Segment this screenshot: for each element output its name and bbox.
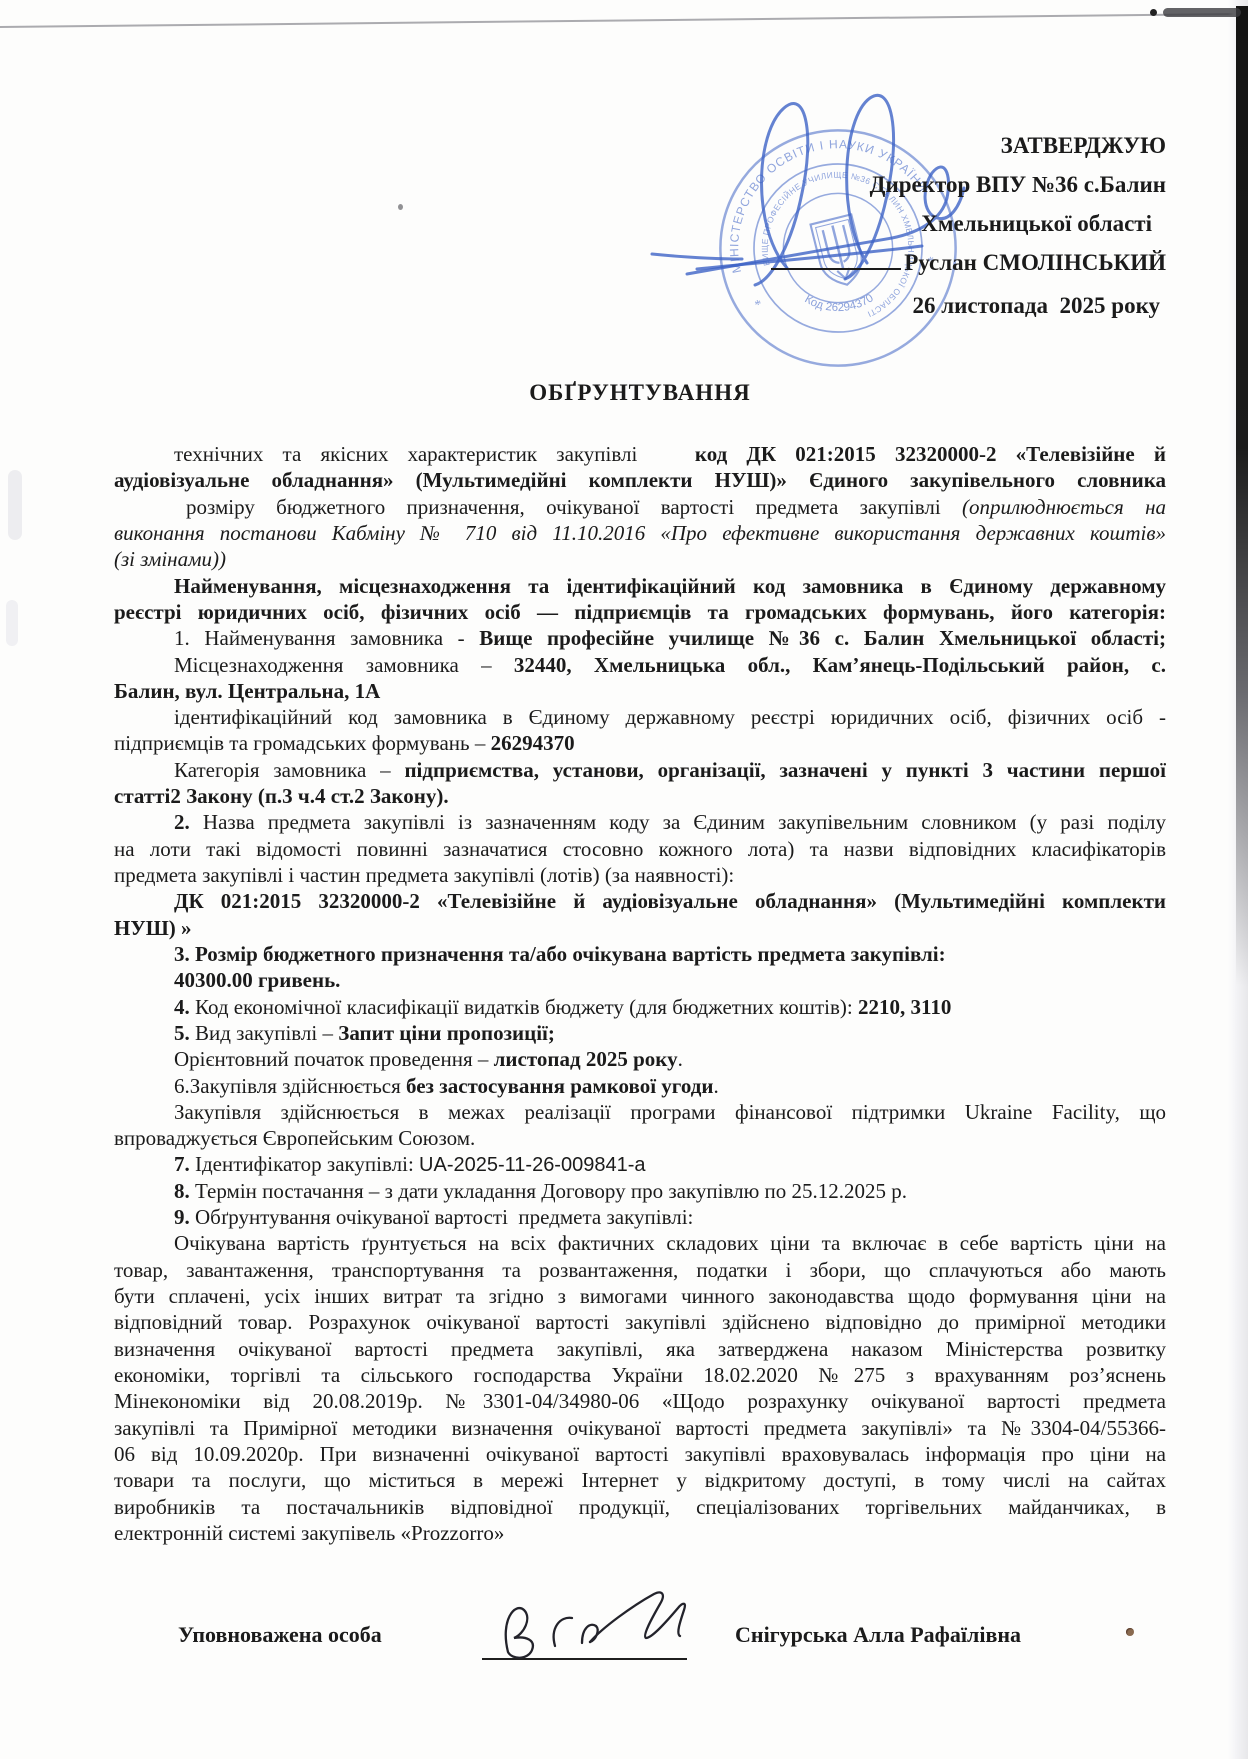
text-segment: технічних та якісних характеристик закуп… <box>174 442 695 466</box>
document-line: товар, завантаження, транспортування та … <box>114 1257 1166 1283</box>
approval-line-text: ЗАТВЕРДЖУЮ <box>1001 133 1166 158</box>
text-segment: листопад 2025 року <box>494 1047 678 1071</box>
text-segment: Орієнтовний початок проведення – <box>174 1047 494 1071</box>
text-segment: (оприлюднюється на <box>962 495 1166 519</box>
approval-block: ЗАТВЕРДЖУЮДиректор ВПУ №36 с.БалинХмельн… <box>771 126 1166 325</box>
scan-smudge <box>1163 8 1241 17</box>
text-segment: Термін постачання – з дати укладання Дог… <box>195 1179 907 1203</box>
document-line: Очікувана вартість ґрунтується на всіх ф… <box>114 1230 1166 1256</box>
scan-edge-top-line <box>0 13 1245 28</box>
document-line: 06 від 10.09.2020р. При визначенні очіку… <box>114 1441 1166 1467</box>
document-line: 4. Код економічної класифікації видатків… <box>114 994 1166 1020</box>
scan-speck <box>398 204 403 210</box>
document-line: ідентифікаційний код замовника в Єдиному… <box>114 704 1166 730</box>
document-line: 3. Розмір бюджетного призначення та/або … <box>114 941 1166 967</box>
text-segment: Балин, вул. Центральна, 1А <box>114 679 380 703</box>
document-line: 1. Найменування замовника - Вище професі… <box>114 625 1166 651</box>
text-segment: 5. <box>174 1021 195 1045</box>
document-line: 2. Назва предмета закупівлі із зазначенн… <box>114 809 1166 835</box>
text-segment: Найменування, місцезнаходження та іденти… <box>174 574 1166 598</box>
text-segment: виробників та постачальників відповідної… <box>114 1495 1166 1519</box>
text-segment: підприємства, установи, організації, заз… <box>404 758 1166 782</box>
scan-smudge <box>6 600 18 646</box>
text-segment: 2. <box>174 810 203 834</box>
text-segment: товари та послуги, що міститься в мережі… <box>114 1468 1166 1492</box>
approval-line-text: Руслан СМОЛІНСЬКИЙ <box>904 250 1166 275</box>
scan-smudge <box>8 470 22 540</box>
document-line: на лоти такі відомості повинні зазначати… <box>114 836 1166 862</box>
text-segment: відповідний товар. Розрахунок очікуваної… <box>114 1310 1166 1334</box>
document-line: аудіовізуальне обладнання» (Мультимедійн… <box>114 467 1166 493</box>
text-segment: НУШ) » <box>114 916 192 940</box>
document-line: економіки, торгівлі та сільського господ… <box>114 1362 1166 1388</box>
text-segment: 7. <box>174 1152 195 1176</box>
document-body-lines: технічних та якісних характеристик закуп… <box>114 441 1166 1546</box>
document-line: бути сплачені, усіх інших витрат та згід… <box>114 1283 1166 1309</box>
text-segment: товар, завантаження, транспортування та … <box>114 1258 1166 1282</box>
text-segment: Вище професійне училище №36 с. Балин Хме… <box>479 626 1166 650</box>
approval-line: ЗАТВЕРДЖУЮ <box>771 126 1166 165</box>
text-segment: Закупівля здійснюється в межах реалізаці… <box>174 1100 1166 1124</box>
document-line: визначення очікуваної вартості предмета … <box>114 1336 1166 1362</box>
scanned-document-page: МІНІСТЕРСТВО ОСВІТИ І НАУКИ УКРАЇНИ ВИЩЕ… <box>0 0 1248 1759</box>
text-segment: без застосування рамкової угоди <box>406 1074 713 1098</box>
text-segment: 32440, Хмельницька обл., Кам’янець-Поділ… <box>514 653 1166 677</box>
document-line: Орієнтовний початок проведення – листопа… <box>114 1046 1166 1072</box>
text-segment: Категорія замовника – <box>174 758 404 782</box>
document-line: впроваджується Європейським Союзом. <box>114 1125 1166 1151</box>
text-segment: 2210, 3110 <box>858 995 951 1019</box>
document-line: розміру бюджетного призначення, очікуван… <box>114 494 1166 520</box>
text-segment: 9. <box>174 1205 195 1229</box>
document-line: реєстрі юридичних осіб, фізичних осіб — … <box>114 599 1166 625</box>
text-segment: електронній системі закупівель «Prozzorr… <box>114 1521 504 1545</box>
document-line: Балин, вул. Центральна, 1А <box>114 678 1166 704</box>
text-segment: код ДК 021:2015 32320000-2 «Телевізійне … <box>695 442 1166 466</box>
text-segment: ДК 021:2015 32320000-2 «Телевізійне й ау… <box>174 889 1166 913</box>
text-segment: . <box>678 1047 683 1071</box>
document-line: Найменування, місцезнаходження та іденти… <box>114 573 1166 599</box>
text-segment: розміру бюджетного призначення, очікуван… <box>186 495 962 519</box>
approval-line: Директор ВПУ №36 с.Балин <box>771 165 1166 204</box>
text-segment: Вид закупівлі – <box>195 1021 338 1045</box>
text-segment: Мінекономіки від 20.08.2019р. №3301-04/3… <box>114 1389 1166 1413</box>
document-line: ДК 021:2015 32320000-2 «Телевізійне й ау… <box>114 888 1166 914</box>
approval-line: Руслан СМОЛІНСЬКИЙ <box>771 243 1166 282</box>
text-segment: 26294370 <box>491 731 575 755</box>
text-segment: закупівлі та Примірної методики визначен… <box>114 1416 1166 1440</box>
document-line: Місцезнаходження замовника – 32440, Хмел… <box>114 652 1166 678</box>
document-line: електронній системі закупівель «Prozzorr… <box>114 1520 1166 1546</box>
approval-line-text: Хмельницької області <box>921 211 1152 236</box>
text-segment: ідентифікаційний код замовника в Єдиному… <box>174 705 1166 729</box>
text-segment: статті2 Закону (п.3 ч.4 ст.2 Закону). <box>114 784 449 808</box>
signature-underline <box>482 1620 687 1660</box>
scan-edge-right-bar <box>1236 6 1248 986</box>
document-line: 7. Ідентифікатор закупівлі: UA-2025-11-2… <box>114 1151 1166 1177</box>
document-line: Мінекономіки від 20.08.2019р. №3301-04/3… <box>114 1388 1166 1414</box>
document-line: статті2 Закону (п.3 ч.4 ст.2 Закону). <box>114 783 1166 809</box>
text-segment: . <box>713 1074 718 1098</box>
document-line: товари та послуги, що міститься в мережі… <box>114 1467 1166 1493</box>
document-line: 40300.00 гривень. <box>114 967 1166 993</box>
document-line: технічних та якісних характеристик закуп… <box>114 441 1166 467</box>
text-segment: визначення очікуваної вартості предмета … <box>114 1337 1166 1361</box>
document-line: 9. Обґрунтування очікуваної вартості пре… <box>114 1204 1166 1230</box>
text-segment: 8. <box>174 1179 195 1203</box>
approval-line-text: 26 листопада 2025 року <box>913 293 1160 318</box>
scan-speck <box>1150 9 1157 16</box>
document-line: виконання постанови Кабміну № 710 від 11… <box>114 520 1166 546</box>
authorized-person-label: Уповноважена особа <box>178 1622 382 1648</box>
text-segment: бути сплачені, усіх інших витрат та згід… <box>114 1284 1166 1308</box>
text-segment: 1. Найменування замовника - <box>174 626 479 650</box>
text-segment: Місцезнаходження замовника – <box>174 653 514 677</box>
text-segment: економіки, торгівлі та сільського господ… <box>114 1363 1166 1387</box>
text-segment: Запит ціни пропозиції; <box>338 1021 555 1045</box>
text-segment: 3. Розмір бюджетного призначення та/або … <box>174 942 946 966</box>
approval-line-text: Директор ВПУ №36 с.Балин <box>870 172 1166 197</box>
text-segment: Обґрунтування очікуваної вартості предме… <box>195 1205 693 1229</box>
text-segment: Код економічної класифікації видатків бю… <box>195 995 858 1019</box>
authorized-signature-icon <box>470 1586 720 1670</box>
text-segment: 40300.00 гривень. <box>174 968 340 992</box>
document-line: виробників та постачальників відповідної… <box>114 1494 1166 1520</box>
document-line: 5. Вид закупівлі – Запит ціни пропозиції… <box>114 1020 1166 1046</box>
approval-line: Хмельницької області <box>771 204 1166 243</box>
document-line: (зі змінами)) <box>114 546 1166 572</box>
text-segment: 6.Закупівля здійснюється <box>174 1074 406 1098</box>
document-line: закупівлі та Примірної методики визначен… <box>114 1415 1166 1441</box>
document-line: підприємців та громадських формувань – 2… <box>114 730 1166 756</box>
text-segment: 4. <box>174 995 195 1019</box>
text-segment: UA-2025-11-26-009841-a <box>419 1154 645 1176</box>
document-line: Закупівля здійснюється в межах реалізаці… <box>114 1099 1166 1125</box>
text-segment: на лоти такі відомості повинні зазначати… <box>114 837 1166 861</box>
document-line: 6.Закупівля здійснюється без застосуванн… <box>114 1073 1166 1099</box>
text-segment: Ідентифікатор закупівлі: <box>195 1152 419 1176</box>
text-segment: 06 від 10.09.2020р. При визначенні очіку… <box>114 1442 1166 1466</box>
text-segment: (зі змінами)) <box>114 547 226 571</box>
text-segment: підприємців та громадських формувань – <box>114 731 491 755</box>
document-line: предмета закупівлі і частин предмета зак… <box>114 862 1166 888</box>
text-segment: Назва предмета закупівлі із зазначенням … <box>203 810 1166 834</box>
document-line: Категорія замовника – підприємства, уста… <box>114 757 1166 783</box>
text-segment: аудіовізуальне обладнання» (Мультимедійн… <box>114 468 1166 492</box>
document-line: НУШ) » <box>114 915 1166 941</box>
text-segment: реєстрі юридичних осіб, фізичних осіб — … <box>114 600 1166 624</box>
document-line: 8. Термін постачання – з дати укладання … <box>114 1178 1166 1204</box>
scan-speck <box>1126 1628 1134 1636</box>
approval-line: 26 листопада 2025 року <box>771 286 1166 325</box>
document-line: відповідний товар. Розрахунок очікуваної… <box>114 1309 1166 1335</box>
text-segment: предмета закупівлі і частин предмета зак… <box>114 863 734 887</box>
page-title: ОБҐРУНТУВАННЯ <box>114 380 1166 406</box>
text-segment: виконання постанови Кабміну № 710 від 11… <box>114 521 1166 545</box>
text-segment: Очікувана вартість ґрунтується на всіх ф… <box>174 1231 1166 1255</box>
text-segment: впроваджується Європейським Союзом. <box>114 1126 475 1150</box>
signature-underline <box>771 268 901 270</box>
authorized-person-name: Снігурська Алла Рафаїлівна <box>735 1622 1021 1648</box>
